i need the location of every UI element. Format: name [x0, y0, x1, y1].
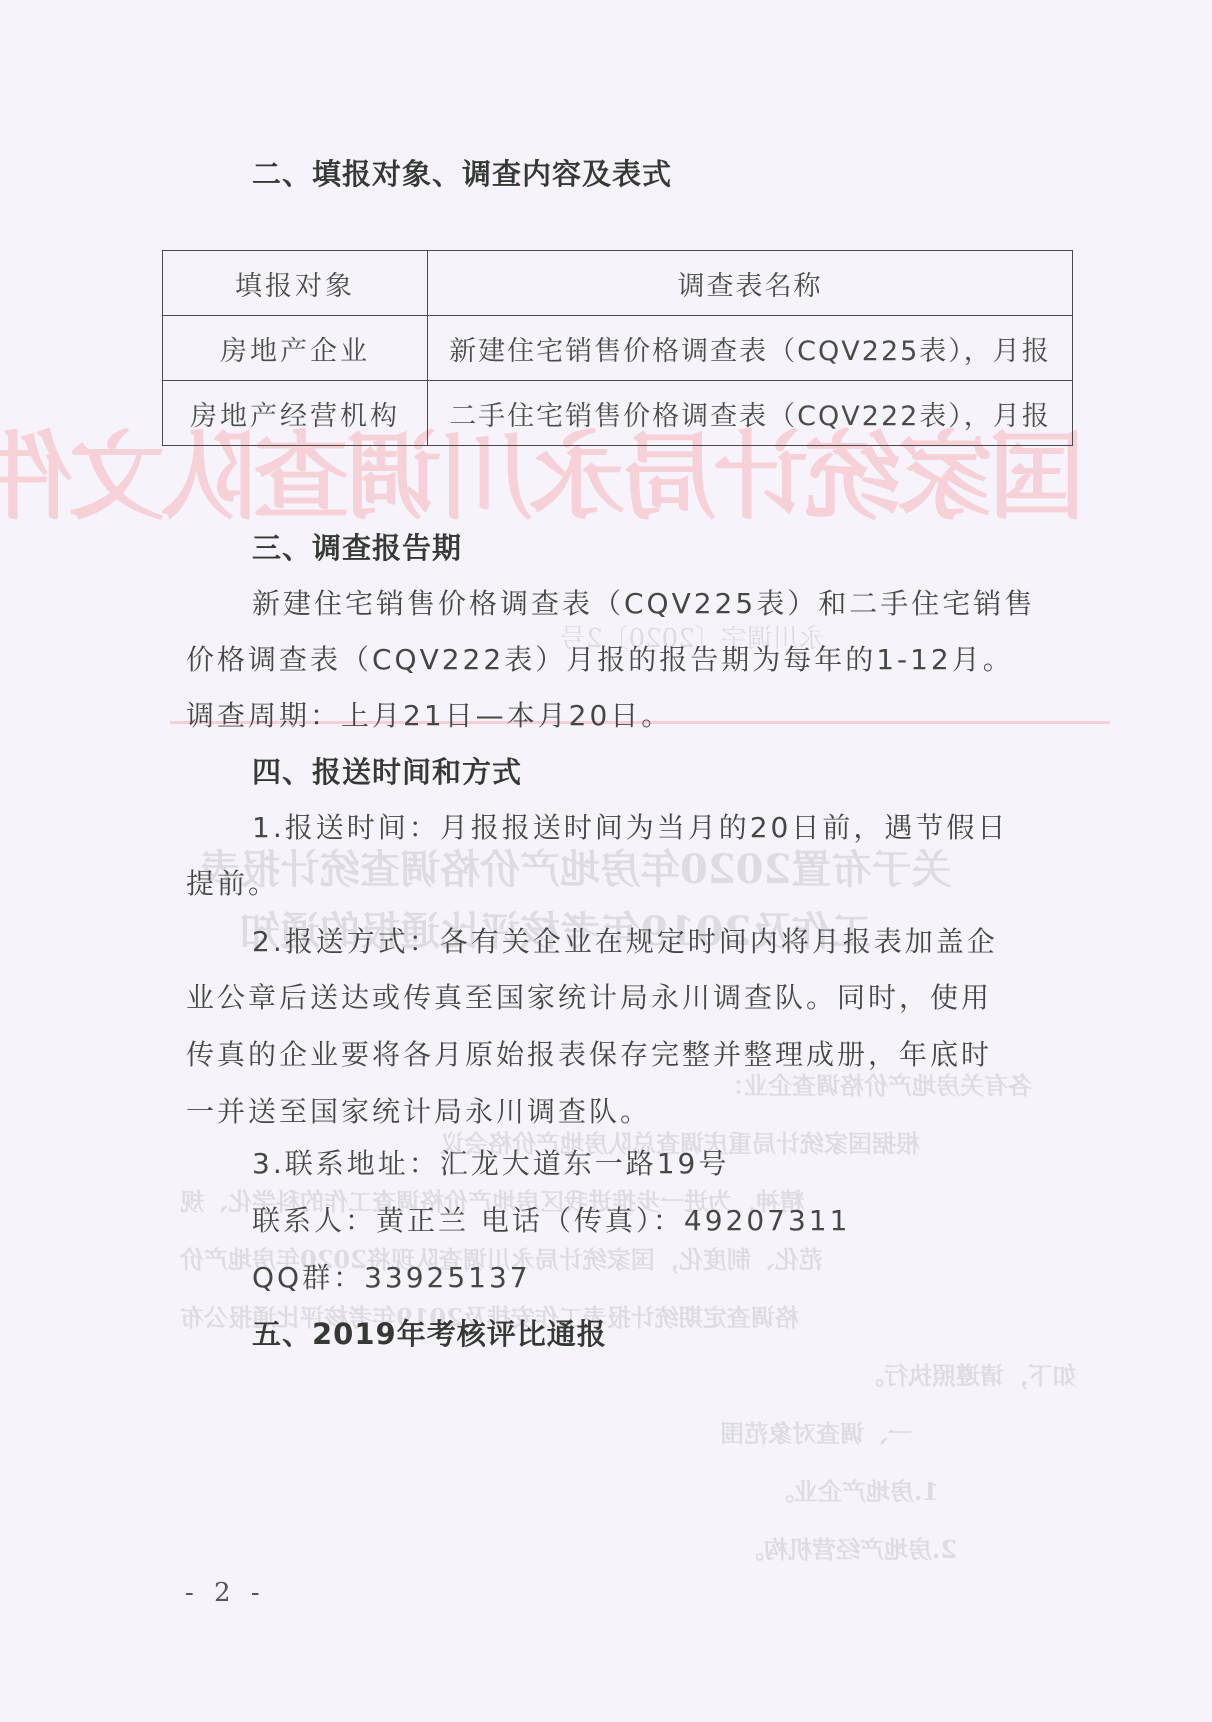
bleed-through-body-line: 一、调查对象范围 — [720, 1414, 912, 1449]
table-header-cell: 调查表名称 — [428, 251, 1073, 316]
contact-qq-group: QQ群：33925137 — [252, 1256, 531, 1296]
table-cell: 房地产经营机构 — [163, 381, 428, 446]
table-row: 房地产经营机构 二手住宅销售价格调查表（CQV222表），月报 — [163, 381, 1073, 446]
paragraph-line: 新建住宅销售价格调查表（CQV225表）和二手住宅销售 — [252, 582, 1035, 622]
paragraph-line: 价格调查表（CQV222表）月报的报告期为每年的1-12月。 — [186, 638, 1014, 678]
table-cell: 二手住宅销售价格调查表（CQV222表），月报 — [428, 381, 1073, 446]
contact-person-phone: 联系人：黄正兰 电话（传真）：49207311 — [252, 1199, 850, 1239]
paragraph-line: 业公章后送达或传真至国家统计局永川调查队。同时，使用 — [186, 976, 992, 1016]
section-heading-2: 二、填报对象、调查内容及表式 — [252, 152, 672, 193]
paragraph-line: 调查周期：上月21日—本月20日。 — [186, 694, 672, 734]
bleed-through-body-line: 1.房地产企业。 — [770, 1472, 939, 1507]
table-cell: 新建住宅销售价格调查表（CQV225表），月报 — [428, 316, 1073, 381]
table-cell: 房地产企业 — [163, 316, 428, 381]
section-heading-5: 五、2019年考核评比通报 — [252, 1312, 607, 1353]
paragraph-line: 2.报送方式：各有关企业在规定时间内将月报表加盖企 — [252, 920, 998, 960]
paragraph-line: 一并送至国家统计局永川调查队。 — [186, 1090, 651, 1130]
bleed-through-body-line: 2.房地产经营机构。 — [740, 1530, 957, 1565]
section-heading-4: 四、报送时间和方式 — [252, 750, 522, 791]
paragraph-line: 传真的企业要将各月原始报表保存完整并整理成册，年底时 — [186, 1033, 992, 1073]
page-number: - 2 - — [185, 1578, 266, 1608]
paragraph-line: 1.报送时间：月报报送时间为当月的20日前，遇节假日 — [252, 806, 1008, 846]
survey-table: 填报对象 调查表名称 房地产企业 新建住宅销售价格调查表（CQV225表），月报… — [162, 250, 1073, 446]
document-page: 国家统计局永川调查队文件 永川调字〔2020〕2号 关于布置2020年房地产价格… — [0, 0, 1212, 1722]
contact-address: 3.联系地址：汇龙大道东一路19号 — [252, 1142, 729, 1182]
bleed-through-title-line1: 关于布置2020年房地产价格调查统计报表 — [200, 838, 951, 895]
section-heading-3: 三、调查报告期 — [252, 526, 462, 567]
table-header-cell: 填报对象 — [163, 251, 428, 316]
table-row: 房地产企业 新建住宅销售价格调查表（CQV225表），月报 — [163, 316, 1073, 381]
bleed-through-body-line: 如下，请遵照执行。 — [860, 1356, 1076, 1391]
paragraph-line: 提前。 — [186, 862, 279, 902]
table-header-row: 填报对象 调查表名称 — [163, 251, 1073, 316]
